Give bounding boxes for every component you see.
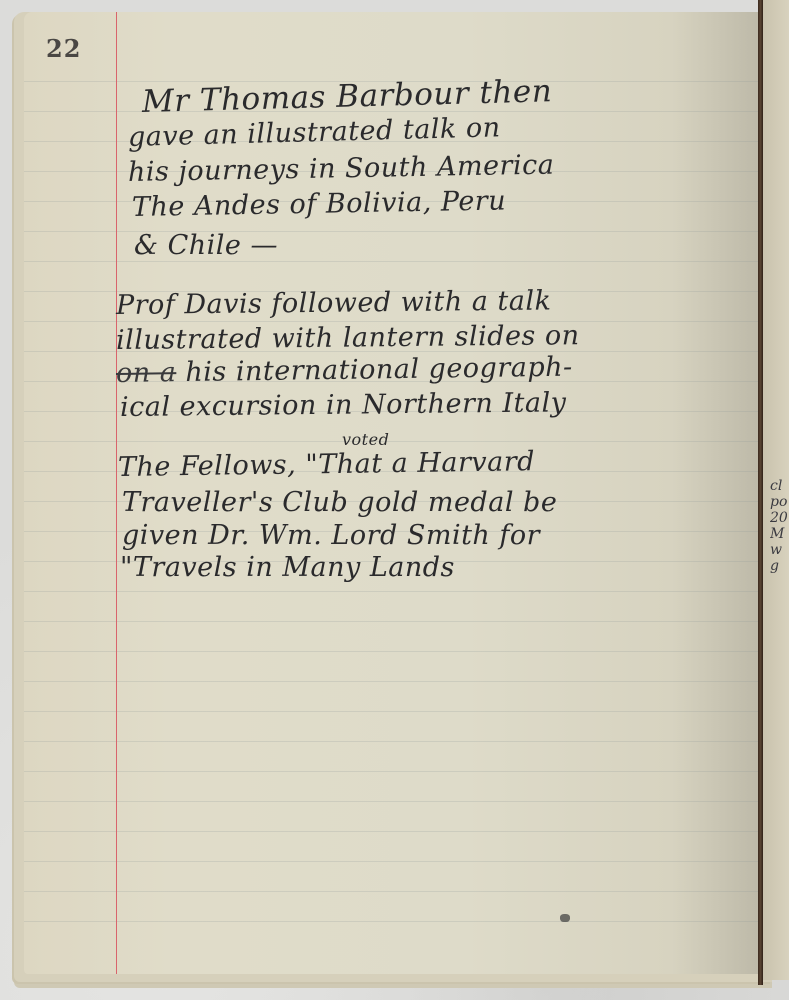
struck-text: on a (116, 357, 177, 389)
entry-vote-line-4: "Travels in Many Lands (120, 552, 455, 583)
fragment: w (770, 542, 789, 558)
fragment: 20 (770, 510, 789, 526)
entry-vote-line-3: given Dr. Wm. Lord Smith for (122, 520, 540, 551)
page-number: 22 (46, 34, 81, 63)
entry-davis-line-3-text: his international geograph- (185, 352, 573, 388)
entry-davis-line-4: ical excursion in Northern Italy (120, 387, 567, 423)
fragment: po (770, 494, 789, 510)
entry-davis-line-1: Prof Davis followed with a talk (116, 285, 552, 321)
notebook-page: 22 Mr Thomas Barbour then gave an illust… (24, 12, 760, 974)
facing-page-fragments: cl po 20 M w g (770, 478, 789, 574)
entry-barbour-line-5: & Chile — (134, 230, 278, 261)
margin-rule (116, 12, 117, 974)
ink-blot (560, 914, 570, 922)
fragment: M (770, 526, 789, 542)
insertion-voted: voted (342, 430, 389, 449)
entry-vote-line-1: The Fellows, "That a Harvard (118, 446, 535, 483)
entry-davis-line-2: illustrated with lantern slides on (116, 320, 580, 356)
entry-vote-line-2: Traveller's Club gold medal be (122, 487, 557, 518)
entry-davis-line-3: on a his international geograph- (116, 352, 573, 389)
entry-barbour-line-4: The Andes of Bolivia, Peru (132, 185, 507, 223)
fragment: cl (770, 478, 789, 494)
fragment: g (770, 558, 789, 574)
